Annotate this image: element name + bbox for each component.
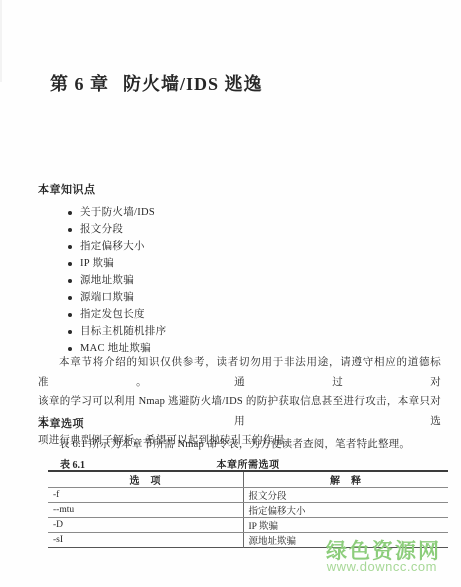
knowledge-bullet-list: 关于防火墙/IDS 报文分段 指定偏移大小 IP 欺骗 源地址欺骗 源端口欺骗 … <box>68 204 166 357</box>
intro-paragraph: 本章节将介绍的知识仅供参考，读者切勿用于非法用途，请遵守相应的道德标准。通过对 … <box>38 353 441 451</box>
table-row: -sI 源地址欺骗 <box>48 533 448 548</box>
bullet-icon <box>68 262 72 266</box>
list-item: 指定偏移大小 <box>68 238 166 255</box>
table-intro-text: 表 6.1 所示为本章节所需 Nmap 命令表，为方便读者查阅，笔者特此整理。 <box>38 438 441 452</box>
chapter-number: 第 6 章 <box>50 74 109 94</box>
table-title: 本章所需选项 <box>48 456 448 471</box>
bullet-icon <box>68 228 72 232</box>
option-cell: --mtu <box>48 503 243 518</box>
bullet-icon <box>68 245 72 249</box>
bullet-text: 源端口欺骗 <box>80 292 134 303</box>
explanation-cell: 报文分段 <box>243 488 448 503</box>
options-table: 选 项 解 释 -f 报文分段 --mtu 指定偏移大小 -D IP 欺骗 -s… <box>48 470 448 548</box>
scan-edge-artifact <box>0 0 2 82</box>
bullet-icon <box>68 296 72 300</box>
bullet-icon <box>68 211 72 215</box>
book-page: 第 6 章防火墙/IDS 逃逸 本章知识点 关于防火墙/IDS 报文分段 指定偏… <box>0 0 461 587</box>
bullet-text: 报文分段 <box>80 224 123 235</box>
column-header-explanation: 解 释 <box>243 471 448 488</box>
list-item: 指定发包长度 <box>68 306 166 323</box>
list-item: 目标主机随机排序 <box>68 323 166 340</box>
bullet-text: IP 欺骗 <box>80 258 114 269</box>
bullet-icon <box>68 347 72 351</box>
chapter-name: 防火墙/IDS 逃逸 <box>123 74 263 94</box>
table-row: -D IP 欺骗 <box>48 518 448 533</box>
chapter-title: 第 6 章防火墙/IDS 逃逸 <box>50 70 263 96</box>
option-cell: -f <box>48 488 243 503</box>
bullet-icon <box>68 330 72 334</box>
options-section-heading: 本章选项 <box>38 415 84 431</box>
watermark-site-url: www.downcc.com <box>327 559 437 574</box>
knowledge-section-heading: 本章知识点 <box>38 181 96 197</box>
list-item: 关于防火墙/IDS <box>68 204 166 221</box>
list-item: 源端口欺骗 <box>68 289 166 306</box>
bullet-icon <box>68 279 72 283</box>
list-item: 源地址欺骗 <box>68 272 166 289</box>
paragraph-line: 本章节将介绍的知识仅供参考，读者切勿用于非法用途，请遵守相应的道德标准。通过对 <box>38 353 441 392</box>
explanation-cell: 指定偏移大小 <box>243 503 448 518</box>
paragraph-line: 该章的学习可以利用 Nmap 逃避防火墙/IDS 的防护获取信息甚至进行攻击，本… <box>38 392 441 431</box>
column-header-option: 选 项 <box>48 471 243 488</box>
explanation-cell: 源地址欺骗 <box>243 533 448 548</box>
table-row: --mtu 指定偏移大小 <box>48 503 448 518</box>
explanation-cell: IP 欺骗 <box>243 518 448 533</box>
table-header-row: 选 项 解 释 <box>48 471 448 488</box>
bullet-icon <box>68 313 72 317</box>
bullet-text: 指定发包长度 <box>80 309 145 320</box>
bullet-text: 源地址欺骗 <box>80 275 134 286</box>
option-cell: -D <box>48 518 243 533</box>
bullet-text: 指定偏移大小 <box>80 241 145 252</box>
table-row: -f 报文分段 <box>48 488 448 503</box>
option-cell: -sI <box>48 533 243 548</box>
bullet-text: 关于防火墙/IDS <box>80 207 155 218</box>
list-item: IP 欺骗 <box>68 255 166 272</box>
list-item: 报文分段 <box>68 221 166 238</box>
bullet-text: 目标主机随机排序 <box>80 326 166 337</box>
table-caption: 表 6.1 本章所需选项 <box>48 456 448 469</box>
